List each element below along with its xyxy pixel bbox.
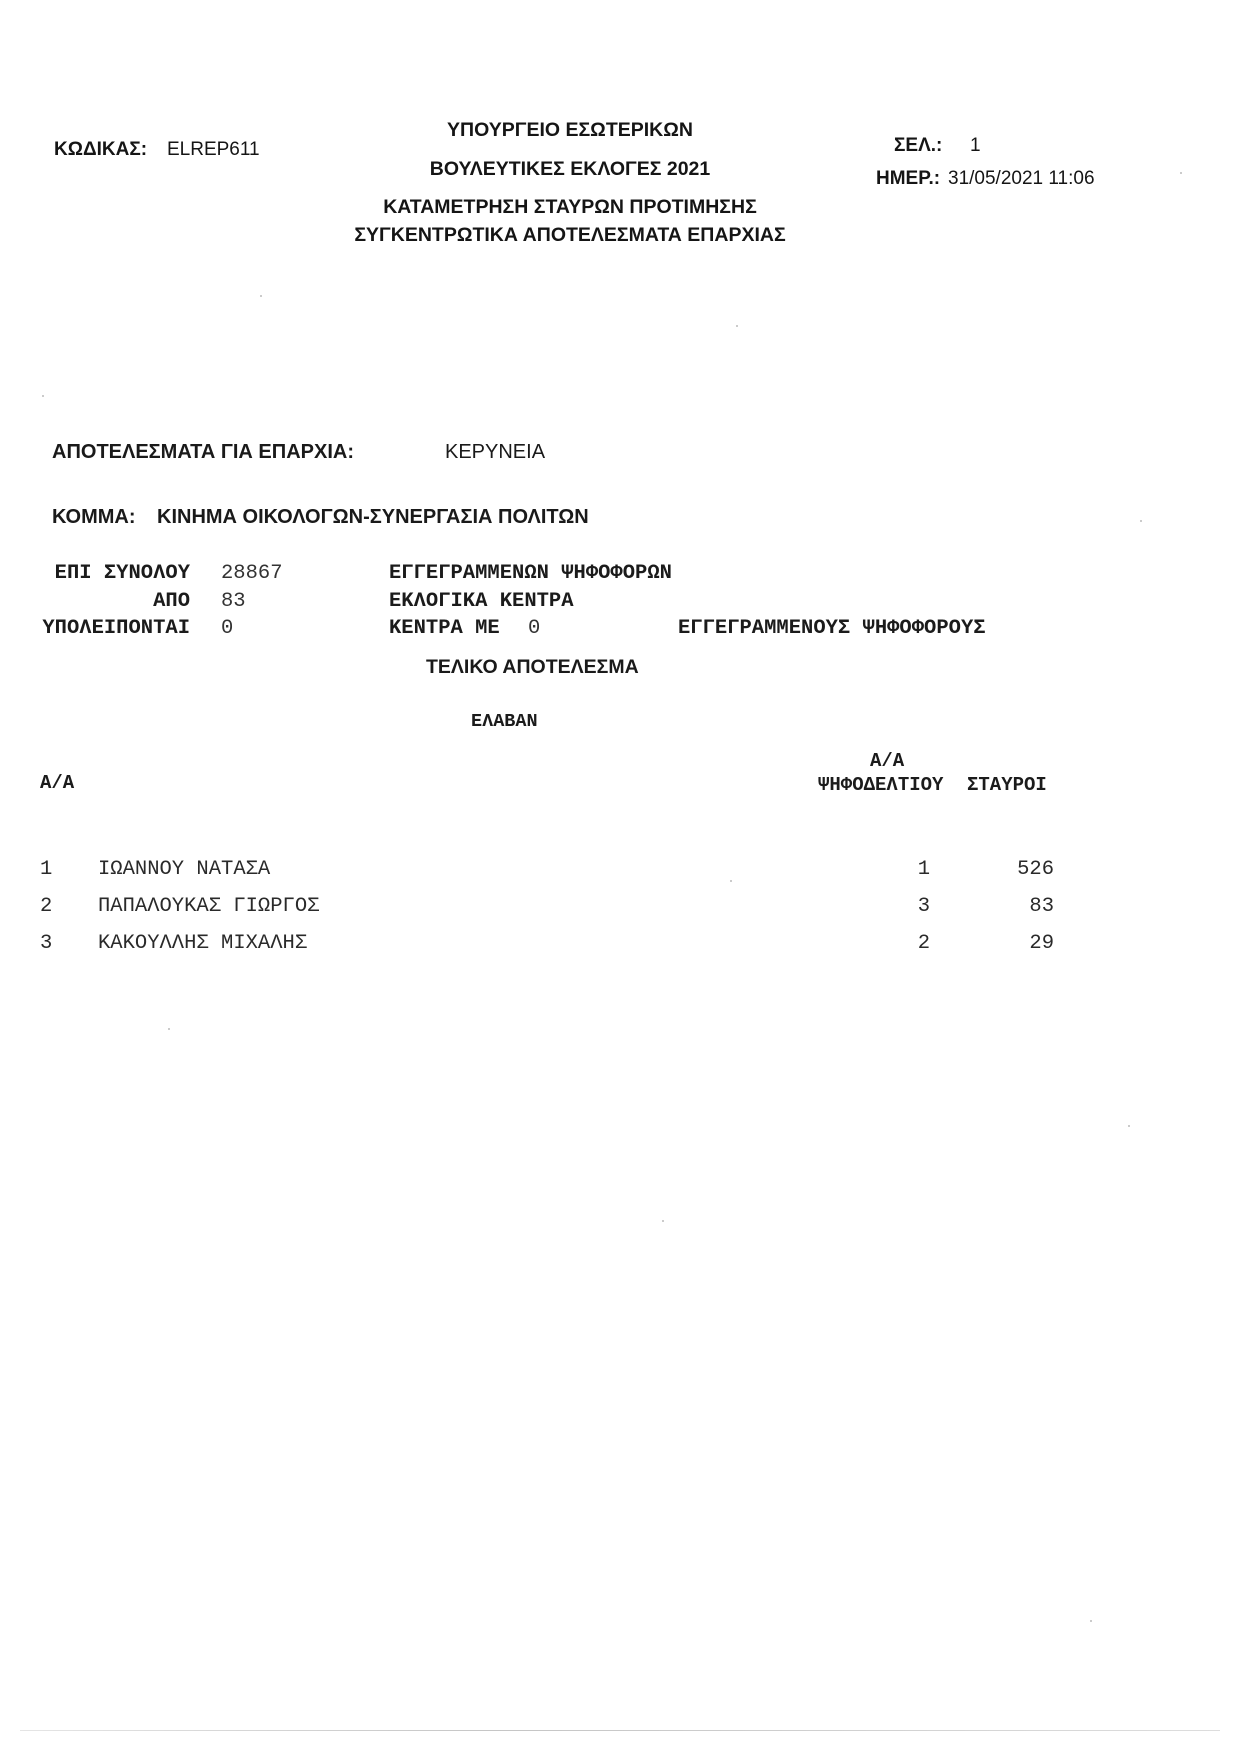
scan-dot <box>42 395 44 397</box>
scan-dot <box>1180 172 1182 174</box>
scan-dot <box>662 1220 664 1222</box>
ministry-title: ΥΠΟΥΡΓΕΙΟ ΕΣΩΤΕΡΙΚΩΝ <box>220 119 920 142</box>
report-title-line2: ΣΥΓΚΕΝΤΡΩΤΙΚΑ ΑΠΟΤΕΛΕΣΜΑΤΑ ΕΠΑΡΧΙΑΣ <box>220 224 920 247</box>
from-label: ΑΠΟ <box>30 590 190 613</box>
scan-dot <box>260 295 262 297</box>
scan-dot <box>168 1028 170 1030</box>
code-label: ΚΩΔΙΚΑΣ: <box>54 139 147 161</box>
date-label: ΗΜΕΡ.: <box>876 168 940 190</box>
total-label: ΕΠΙ ΣΥΝΟΛΟΥ <box>30 562 190 585</box>
received-label: ΕΛΑΒΑΝ <box>471 711 538 732</box>
preference-votes: 29 <box>960 932 1054 955</box>
from-value: 83 <box>221 590 246 613</box>
centers-description: ΕΓΓΕΓΡΑΜΜΕΝΟΥΣ ΨΗΦΟΦΟΡΟΥΣ <box>678 617 986 640</box>
row-index: 3 <box>40 932 52 955</box>
candidate-name: ΠΑΠΑΛΟΥΚΑΣ ΓΙΩΡΓΟΣ <box>98 895 319 918</box>
total-description: ΕΓΓΕΓΡΑΜΜΕΝΩΝ ΨΗΦΟΦΟΡΩΝ <box>389 562 672 585</box>
row-index: 2 <box>40 895 52 918</box>
col-ballot-header-line2: ΨΗΦΟΔΕΛΤΙΟΥ <box>818 774 943 796</box>
total-value: 28867 <box>221 562 283 585</box>
date-value: 31/05/2021 11:06 <box>948 168 1095 190</box>
election-title: ΒΟΥΛΕΥΤΙΚΕΣ ΕΚΛΟΓΕΣ 2021 <box>220 158 920 181</box>
scan-dot <box>730 880 732 882</box>
centers-label: ΚΕΝΤΡΑ ΜΕ <box>389 617 500 640</box>
scan-dot <box>1140 520 1142 522</box>
scan-dot <box>1128 1125 1130 1127</box>
remaining-value: 0 <box>221 617 233 640</box>
row-index: 1 <box>40 858 52 881</box>
scan-dot <box>1090 1620 1092 1622</box>
preference-votes: 526 <box>960 858 1054 881</box>
ballot-number: 1 <box>880 858 930 881</box>
col-index-header: Α/Α <box>40 772 74 794</box>
report-title-line1: ΚΑΤΑΜΕΤΡΗΣΗ ΣΤΑΥΡΩΝ ΠΡΟΤΙΜΗΣΗΣ <box>220 196 920 219</box>
col-votes-header: ΣΤΑΥΡΟΙ <box>967 774 1047 796</box>
preference-votes: 83 <box>960 895 1054 918</box>
scan-dot <box>736 325 738 327</box>
party-label: ΚΟΜΜΑ: <box>52 506 136 529</box>
party-value: ΚΙΝΗΜΑ ΟΙΚΟΛΟΓΩΝ-ΣΥΝΕΡΓΑΣΙΑ ΠΟΛΙΤΩΝ <box>157 506 589 529</box>
scan-line <box>20 1730 1220 1731</box>
remaining-label: ΥΠΟΛΕΙΠΟΝΤΑΙ <box>30 617 190 640</box>
district-value: ΚΕΡΥΝΕΙΑ <box>445 441 545 464</box>
page-label: ΣΕΛ.: <box>894 135 942 157</box>
page-number: 1 <box>970 135 981 157</box>
candidate-name: ΚΑΚΟΥΛΛΗΣ ΜΙΧΑΛΗΣ <box>98 932 307 955</box>
candidate-name: ΙΩΑΝΝΟΥ ΝΑΤΑΣΑ <box>98 858 270 881</box>
ballot-number: 2 <box>880 932 930 955</box>
from-description: ΕΚΛΟΓΙΚΑ ΚΕΝΤΡΑ <box>389 590 574 613</box>
final-result-title: ΤΕΛΙΚΟ ΑΠΟΤΕΛΕΣΜΑ <box>426 656 639 679</box>
centers-value: 0 <box>528 617 540 640</box>
col-ballot-header-line1: Α/Α <box>870 750 904 772</box>
ballot-number: 3 <box>880 895 930 918</box>
district-label: ΑΠΟΤΕΛΕΣΜΑΤΑ ΓΙΑ ΕΠΑΡΧΙΑ: <box>52 441 354 464</box>
